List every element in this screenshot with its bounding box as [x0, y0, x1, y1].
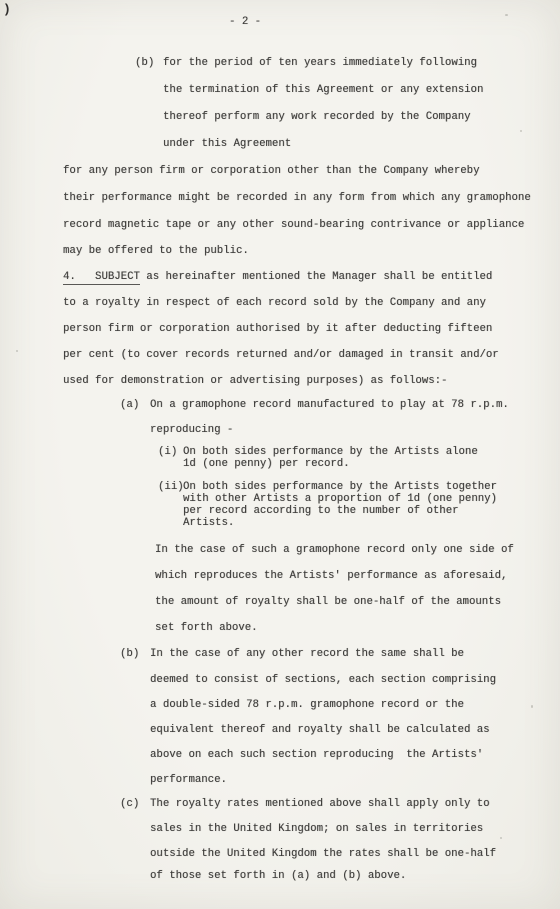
text-line: thereof perform any work recorded by the… — [163, 111, 471, 123]
list-marker: (b) — [120, 648, 139, 660]
text-line: On a gramophone record manufactured to p… — [150, 399, 509, 411]
text-line: with other Artists a proportion of 1d (o… — [183, 493, 497, 505]
text-line: 1d (one penny) per record. — [183, 458, 350, 470]
text-line: used for demonstration or advertising pu… — [63, 375, 447, 387]
text-line: set forth above. — [155, 622, 258, 634]
list-marker: (a) — [120, 399, 139, 411]
list-marker: (i) — [158, 446, 177, 458]
text-line: performance. — [150, 774, 227, 786]
list-marker: (c) — [120, 798, 139, 810]
text-line: In the case of any other record the same… — [150, 648, 464, 660]
scan-speck — [505, 14, 508, 16]
text-line: sales in the United Kingdom; on sales in… — [150, 823, 483, 835]
document-page: ) - 2 - (b) for the period of ten years … — [0, 0, 560, 909]
text-line: In the case of such a gramophone record … — [155, 544, 514, 556]
text-line: record magnetic tape or any other sound-… — [63, 219, 524, 231]
text-line: The royalty rates mentioned above shall … — [150, 798, 490, 810]
text-line: the amount of royalty shall be one-half … — [155, 596, 501, 608]
text-line: equivalent thereof and royalty shall be … — [150, 724, 490, 736]
text-line: which reproduces the Artists' performanc… — [155, 570, 507, 582]
text-line: Artists. — [183, 517, 234, 529]
text-line: their performance might be recorded in a… — [63, 192, 531, 204]
scan-speck — [531, 705, 533, 708]
text-line: the termination of this Agreement or any… — [163, 84, 483, 96]
clause-4-line: 4. SUBJECT as hereinafter mentioned the … — [63, 271, 492, 283]
corner-mark: ) — [3, 2, 11, 17]
text-line: for the period of ten years immediately … — [163, 57, 477, 69]
text-line: may be offered to the public. — [63, 245, 249, 257]
text-line: under this Agreement — [163, 138, 291, 150]
text-line: person firm or corporation authorised by… — [63, 323, 492, 335]
page-number: - 2 - — [229, 16, 261, 28]
text-line: above on each such section reproducing t… — [150, 749, 483, 761]
list-marker: (ii) — [158, 481, 184, 493]
text-line: On both sides performance by the Artists… — [183, 481, 497, 493]
clause-4-heading: 4. SUBJECT — [63, 271, 140, 285]
text-line: On both sides performance by the Artists… — [183, 446, 478, 458]
text-line: deemed to consist of sections, each sect… — [150, 674, 496, 686]
scan-speck — [520, 130, 522, 132]
text-line: a double-sided 78 r.p.m. gramophone reco… — [150, 699, 464, 711]
text-line: for any person firm or corporation other… — [63, 165, 479, 177]
scan-speck — [16, 350, 18, 352]
clause-4-rest: as hereinafter mentioned the Manager sha… — [140, 271, 492, 283]
text-line: of those set forth in (a) and (b) above. — [150, 870, 406, 882]
text-line: outside the United Kingdom the rates sha… — [150, 848, 496, 860]
text-line: to a royalty in respect of each record s… — [63, 297, 486, 309]
text-line: per cent (to cover records returned and/… — [63, 349, 499, 361]
list-marker: (b) — [135, 57, 154, 69]
text-line: reproducing - — [150, 424, 233, 436]
scan-speck — [500, 837, 502, 839]
text-line: per record according to the number of ot… — [183, 505, 459, 517]
